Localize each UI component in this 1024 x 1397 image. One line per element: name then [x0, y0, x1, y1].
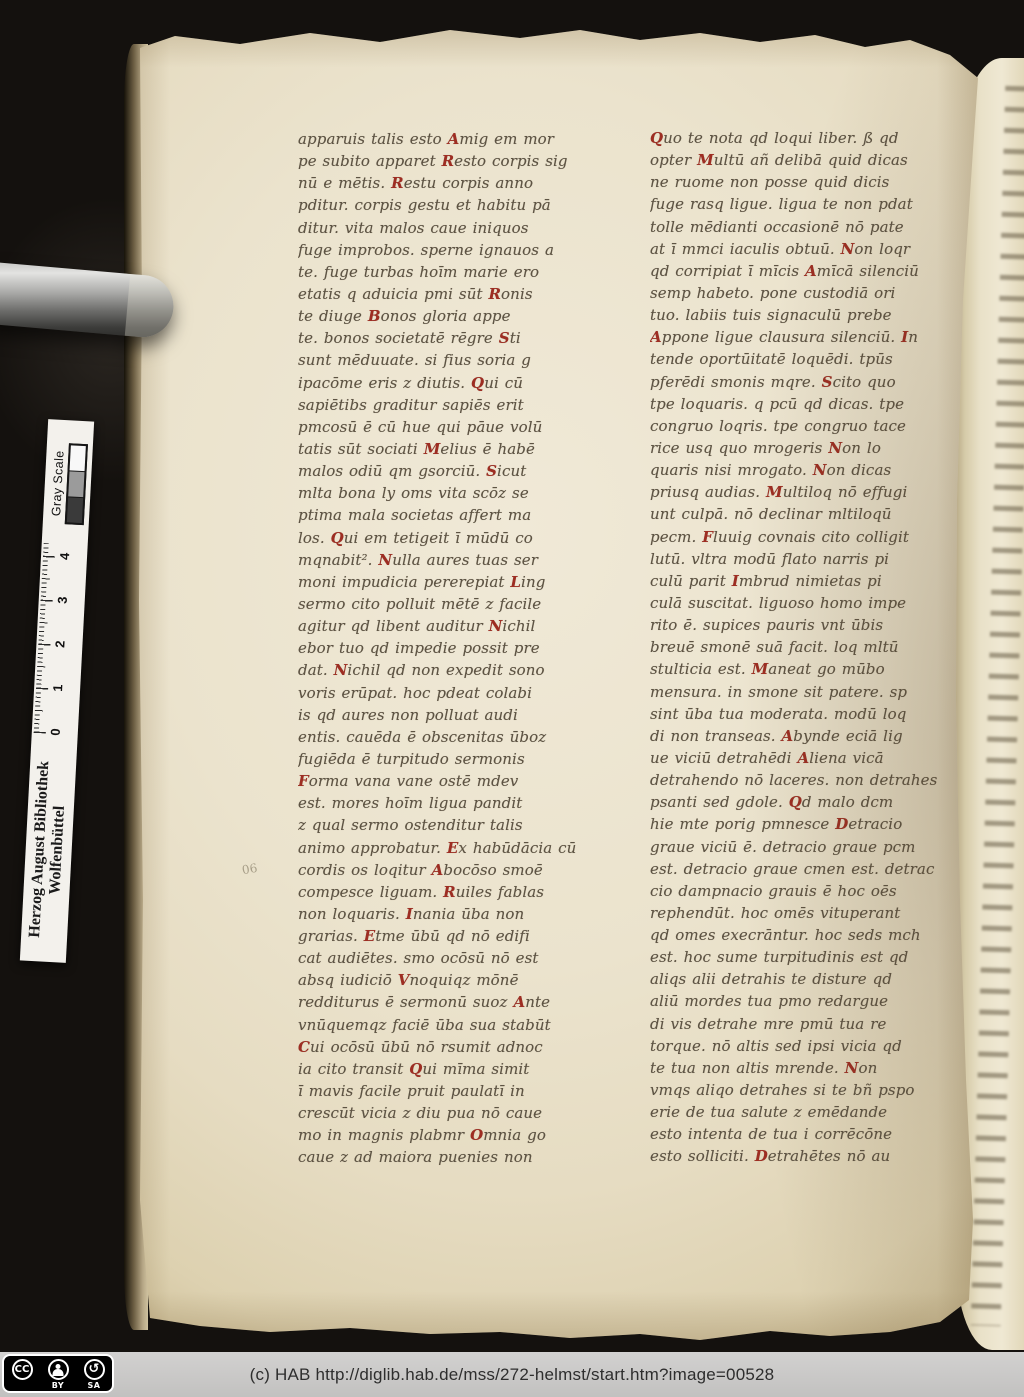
manuscript-line: dat. Nichil qd non expedit sono [298, 659, 622, 681]
manuscript-line: di vis detrahe mre pmū tua re [650, 1013, 974, 1035]
manuscript-line: pecm. Fluuig covnais cito colligit [650, 526, 974, 548]
manuscript-line: animo approbatur. Ex habūdācia cū [298, 837, 622, 859]
manuscript-line: di non transeas. Abynde eciā lig [650, 725, 974, 747]
footer-bar: (c) HAB http://diglib.hab.de/mss/272-hel… [0, 1352, 1024, 1397]
ruler-number: 0 [48, 726, 64, 739]
manuscript-column-right: Quo te nota qd loqui liber. ß qdopter Mu… [650, 127, 974, 1168]
ruler-number: 4 [57, 550, 73, 563]
manuscript-line: pmcosū ē cū hue qui pāue volū [298, 416, 622, 438]
manuscript-line: pferēdi smonis mqre. Scito quo [650, 371, 974, 393]
cc-logo-item: CC [7, 1359, 37, 1380]
sa-arrow-glyph: ↺ [89, 1363, 100, 1376]
manuscript-line: sermo cito polluit mētē z facile [298, 593, 622, 615]
rubricated-letter: D [835, 815, 848, 833]
manuscript-line: tende oportūitatē loquēdi. tpūs [650, 348, 974, 370]
manuscript-line: malos odiū qm gsorciū. Sicut [298, 460, 622, 482]
manuscript-line: pditur. corpis gestu et habitu pā [298, 194, 622, 216]
manuscript-line: los. Qui em tetigeit ī mūdū co [298, 527, 622, 549]
manuscript-line: torque. nō altis sed ipsi vicia qd [650, 1035, 974, 1057]
copyright-text: (c) HAB http://diglib.hab.de/mss/272-hel… [0, 1352, 1024, 1397]
rubricated-letter: E [364, 927, 376, 945]
rubricated-letter: R [488, 285, 501, 303]
rubricated-letter: V [398, 971, 410, 989]
rubricated-letter: N [828, 439, 842, 457]
manuscript-line: Forma vana vane ostē mdev [298, 770, 622, 792]
manuscript-line: cio dampnacio grauis ē hoc oēs [650, 880, 974, 902]
manuscript-line: sunt mēduuate. si fius soria g [298, 349, 622, 371]
rubricated-letter: A [805, 262, 817, 280]
manuscript-line: ditur. vita malos caue iniquos [298, 217, 622, 239]
manuscript-line: moni impudicia pererepiat Ling [298, 571, 622, 593]
rubricated-letter: N [378, 551, 392, 569]
rubricated-letter: R [442, 152, 455, 170]
manuscript-line: cordis os loqitur Abocōso smoē [298, 859, 622, 881]
manuscript-line: mo in magnis plabmr Omnia go [298, 1124, 622, 1146]
manuscript-line: breuē smonē suā facit. loq mltū [650, 636, 974, 658]
rubricated-letter: Q [409, 1060, 422, 1078]
rubricated-letter: A [797, 749, 809, 767]
gray-scale-patches [64, 443, 87, 525]
manuscript-line: rice usq quo mrogeris Non lo [650, 437, 974, 459]
manuscript-line: quaris nisi mrogato. Non dicas [650, 459, 974, 481]
manuscript-line: tuo. labiis tuis signaculū prebe [650, 304, 974, 326]
manuscript-line: est. detracio graue cmen est. detrac [650, 858, 974, 880]
ruler: 01234 [34, 535, 86, 735]
manuscript-line: semp habeto. pone custodiā ori [650, 282, 974, 304]
manuscript-line: stulticia est. Maneat go mūbo [650, 658, 974, 680]
manuscript-line: at ī mmci iaculis obtuū. Non loqr [650, 238, 974, 260]
manuscript-line: fugiēda ē turpitudo sermonis [298, 748, 622, 770]
rubricated-letter: R [443, 883, 456, 901]
manuscript-line: pe subito apparet Resto corpis sig [298, 150, 622, 172]
manuscript-line: apparuis talis esto Amig em mor [298, 128, 622, 150]
rubricated-letter: A [432, 861, 444, 879]
manuscript-line: agitur qd libent auditur Nichil [298, 615, 622, 637]
manuscript-line: etatis q aduicia pmi sūt Ronis [298, 283, 622, 305]
rubricated-letter: I [901, 328, 908, 346]
manuscript-line: qd omes execrāntur. hoc seds mch [650, 924, 974, 946]
cc-sa-arrow-icon: ↺ [84, 1359, 105, 1380]
manuscript-line: aliū mordes tua pmo redargue [650, 990, 974, 1012]
manuscript-line: esto intenta de tua i corrēcōne [650, 1123, 974, 1145]
pencil-foliation-mark: 06 [241, 861, 258, 877]
rubricated-letter: N [845, 1059, 859, 1077]
manuscript-line: detrahendo nō laceres. non detrahes [650, 769, 974, 791]
manuscript-line: crescūt vicia z diu pua nō caue [298, 1102, 622, 1124]
manuscript-line: tolle mēdianti occasionē nō pate [650, 216, 974, 238]
manuscript-line: mqnabit². Nulla aures tuas ser [298, 549, 622, 571]
rubricated-letter: D [755, 1147, 768, 1165]
cc-by-label: BY [52, 1381, 64, 1390]
manuscript-line: sint ūba tua moderata. modū loq [650, 703, 974, 725]
manuscript-line: qd corripiat ī mīcis Amīcā silenciū [650, 260, 974, 282]
rubricated-letter: Q [650, 129, 663, 147]
photo-scene: apparuis talis esto Amig em morpe subito… [0, 0, 1024, 1397]
manuscript-line: compesce liguam. Ruiles fablas [298, 881, 622, 903]
cc-sa-item: ↺ SA [79, 1359, 109, 1390]
ruler-number: 2 [52, 638, 68, 651]
manuscript-line: vnūquemqz faciē ūba sua stabūt [298, 1014, 622, 1036]
gray-patch-mid [68, 471, 84, 497]
manuscript-line: erie de tua salute z emēdande [650, 1101, 974, 1123]
rubricated-letter: M [424, 440, 441, 458]
rubricated-letter: S [822, 373, 833, 391]
manuscript-line: culā suscitat. liguoso homo impe [650, 592, 974, 614]
rubricated-letter: L [510, 573, 521, 591]
manuscript-line: ipacōme eris z diutis. Qui cū [298, 372, 622, 394]
rubricated-letter: Q [471, 374, 484, 392]
manuscript-line: tpe loquaris. q pcū qd dicas. tpe [650, 393, 974, 415]
cc-sa-label: SA [88, 1381, 101, 1390]
manuscript-line: rephendūt. hoc omēs vituperant [650, 902, 974, 924]
rubricated-letter: S [499, 329, 510, 347]
rubricated-letter: N [489, 617, 503, 635]
manuscript-line: fuge improbos. sperne ignauos a [298, 239, 622, 261]
manuscript-line: z qual sermo ostenditur talis [298, 814, 622, 836]
manuscript-line: nū e mētis. Restu corpis anno [298, 172, 622, 194]
manuscript-line: ne ruome non posse quid dicis [650, 171, 974, 193]
manuscript-line: is qd aures non polluat audi [298, 704, 622, 726]
manuscript-line: esto solliciti. Detrahētes nō au [650, 1145, 974, 1167]
manuscript-column-left: apparuis talis esto Amig em morpe subito… [298, 128, 622, 1169]
ruler-number: 3 [54, 594, 70, 607]
rubricated-letter: B [368, 307, 381, 325]
manuscript-line: vmqs aliqo detrahes si te bñ pspo [650, 1079, 974, 1101]
manuscript-line: voris erūpat. hoc pdeat colabi [298, 682, 622, 704]
manuscript-line: te tua non altis mrende. Non [650, 1057, 974, 1079]
manuscript-line: est. hoc sume turpitudinis est qd [650, 946, 974, 968]
manuscript-line: ia cito transit Qui mīma simit [298, 1058, 622, 1080]
manuscript-line: est. mores hoīm ligua pandit [298, 792, 622, 814]
rubricated-letter: R [391, 174, 404, 192]
rubricated-letter: N [334, 661, 348, 679]
rubricated-letter: O [470, 1126, 483, 1144]
rubricated-letter: N [813, 461, 827, 479]
manuscript-line: culū parit Imbrud nimietas pi [650, 570, 974, 592]
manuscript-line: te. bonos societatē rēgre Sti [298, 327, 622, 349]
manuscript-line: non loquaris. Inania ūba non [298, 903, 622, 925]
rubricated-letter: F [298, 772, 309, 790]
rubricated-letter: A [448, 130, 460, 148]
rubricated-letter: C [298, 1038, 310, 1056]
manuscript-line: ī mavis facile pruit paulatī in [298, 1080, 622, 1102]
manuscript-page: apparuis talis esto Amig em morpe subito… [136, 28, 988, 1344]
rubricated-letter: E [447, 839, 459, 857]
manuscript-line: redditurus ē sermonū suoz Ante [298, 991, 622, 1013]
rubricated-letter: N [841, 240, 855, 258]
person-body [53, 1369, 64, 1376]
manuscript-line: psanti sed gdole. Qd malo dcm [650, 791, 974, 813]
library-label: Herzog August Bibliothek Wolfenbüttel [25, 745, 72, 955]
manuscript-line: Appone ligue clausura silenciū. In [650, 326, 974, 348]
manuscript-line: absq iudiciō Vnoquiqz mōnē [298, 969, 622, 991]
manuscript-line: sapiētibs graditur sapiēs erit [298, 394, 622, 416]
manuscript-line: opter Multū añ delibā quid dicas [650, 149, 974, 171]
ruler-number: 1 [50, 682, 66, 695]
rubricated-letter: Q [789, 793, 802, 811]
rubricated-letter: I [406, 905, 413, 923]
cc-logo-icon: CC [12, 1359, 33, 1380]
rubricated-letter: A [650, 328, 662, 346]
rubricated-letter: A [782, 727, 794, 745]
gray-scale-label: Gray Scale [49, 450, 66, 516]
manuscript-line: congruo loqris. tpe congruo tace [650, 415, 974, 437]
gray-scale-block: Gray Scale [48, 442, 87, 525]
gray-patch-dark [66, 497, 82, 523]
manuscript-line: lutū. vltra modū flato narris pi [650, 548, 974, 570]
gray-patch-light [69, 445, 85, 471]
manuscript-line: te diuge Bonos gloria appe [298, 305, 622, 327]
manuscript-line: mlta bona ly oms vita scōz se [298, 482, 622, 504]
rubricated-letter: A [513, 993, 525, 1011]
manuscript-line: Quo te nota qd loqui liber. ß qd [650, 127, 974, 149]
cc-by-person-icon [48, 1359, 69, 1380]
facing-page-text-blur [971, 86, 1024, 1326]
manuscript-line: cat audiētes. smo ocōsū nō est [298, 947, 622, 969]
manuscript-line: ue viciū detrahēdi Aliena vicā [650, 747, 974, 769]
cc-license-badge: CC BY ↺ SA [2, 1354, 114, 1393]
manuscript-line: priusq audias. Multiloq nō effugi [650, 481, 974, 503]
manuscript-line: ebor tuo qd impedie possit pre [298, 637, 622, 659]
rubricated-letter: F [702, 528, 713, 546]
manuscript-line: te. fuge turbas hoīm marie ero [298, 261, 622, 283]
rubricated-letter: M [752, 660, 769, 678]
manuscript-line: graue viciū ē. detracio graue pcm [650, 836, 974, 858]
rubricated-letter: M [697, 151, 714, 169]
manuscript-line: fuge rasq ligue. ligua te non pdat [650, 193, 974, 215]
rubricated-letter: S [486, 462, 497, 480]
manuscript-line: rito ē. supices pauris vnt ūbis [650, 614, 974, 636]
manuscript-line: unt culpā. nō declinar mltiloqū [650, 503, 974, 525]
manuscript-line: ptima mala societas affert ma [298, 504, 622, 526]
rubricated-letter: Q [331, 529, 344, 547]
manuscript-line: aliqs alii detrahis te disture qd [650, 968, 974, 990]
cc-by-item: BY [43, 1359, 73, 1390]
manuscript-line: hie mte porig pmnesce Detracio [650, 813, 974, 835]
manuscript-line: entis. cauēda ē obscenitas ūboz [298, 726, 622, 748]
manuscript-line: tatis sūt sociati Melius ē habē [298, 438, 622, 460]
manuscript-line: grarias. Etme ūbū qd nō edifi [298, 925, 622, 947]
manuscript-line: Cui ocōsū ūbū nō rsumit adnoc [298, 1036, 622, 1058]
rubricated-letter: M [766, 483, 783, 501]
manuscript-line: mensura. in smone sit patere. sp [650, 681, 974, 703]
manuscript-line: caue z ad maiora puenies non [298, 1146, 622, 1168]
rubricated-letter: I [732, 572, 739, 590]
